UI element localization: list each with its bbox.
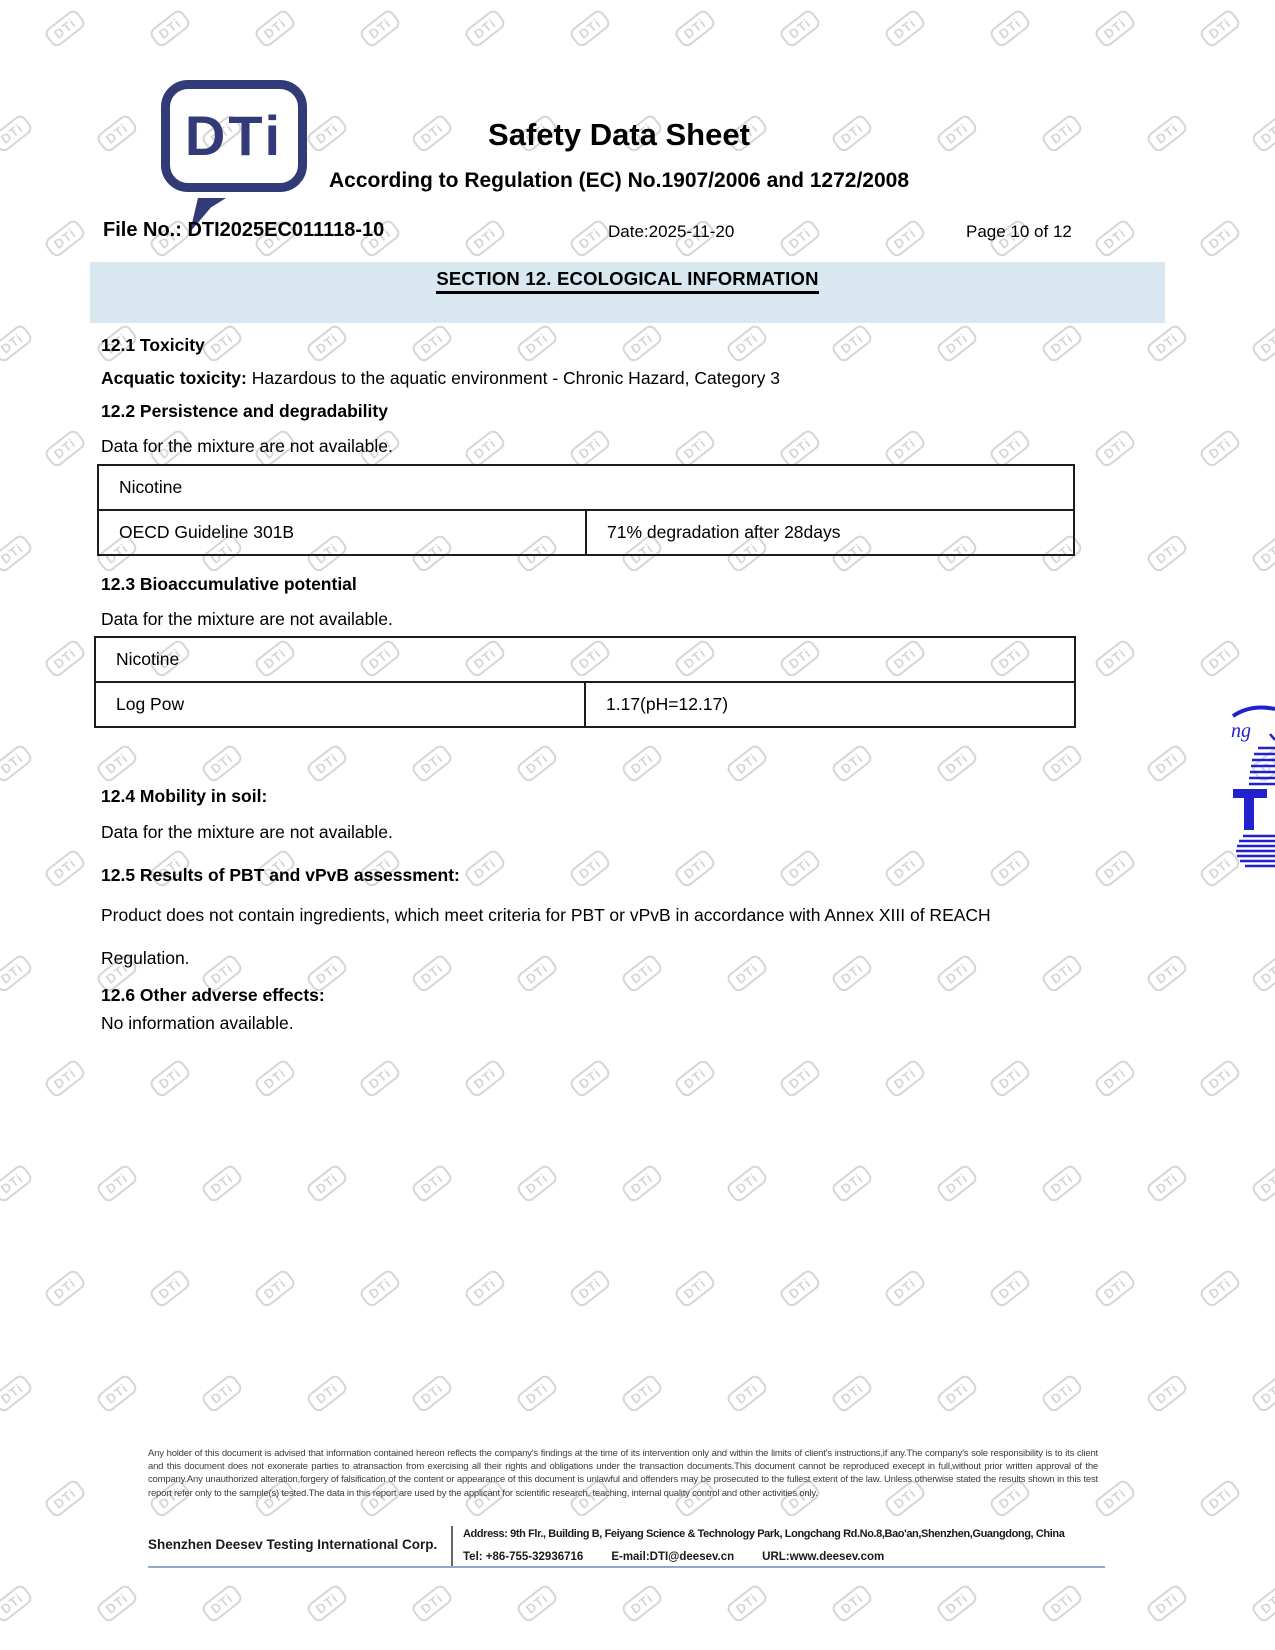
dti-watermark: DTi: [725, 1373, 769, 1414]
dti-watermark: DTi: [0, 113, 34, 154]
dti-watermark: DTi: [620, 1583, 664, 1624]
dti-watermark: DTi: [43, 638, 87, 679]
dti-watermark: DTi: [95, 1373, 139, 1414]
dti-watermark: DTi: [1093, 1058, 1137, 1099]
dti-watermark: DTi: [0, 533, 34, 574]
dti-watermark: DTi: [95, 1163, 139, 1204]
dti-watermark: DTi: [1145, 1373, 1189, 1414]
footer-company-name: Shenzhen Deesev Testing International Co…: [148, 1537, 437, 1552]
dti-watermark: DTi: [43, 1268, 87, 1309]
table-cell-method: Log Pow: [95, 682, 585, 727]
note-12-3: Data for the mixture are not available.: [101, 609, 393, 630]
dti-watermark: DTi: [410, 743, 454, 784]
dti-watermark: DTi: [358, 1268, 402, 1309]
dti-watermark: DTi: [305, 1583, 349, 1624]
dti-watermark: DTi: [1198, 1268, 1242, 1309]
dti-watermark: DTi: [673, 848, 717, 889]
dti-watermark: DTi: [935, 743, 979, 784]
seal-arc: [1233, 708, 1275, 716]
dti-watermark: DTi: [673, 1268, 717, 1309]
note-12-4: Data for the mixture are not available.: [101, 822, 393, 843]
seal-letter-t: [1233, 789, 1267, 830]
dti-watermark: DTi: [200, 1163, 244, 1204]
footer-tel: Tel: +86-755-32936716: [463, 1551, 583, 1563]
dti-watermark: DTi: [620, 743, 664, 784]
dti-watermark: DTi: [725, 953, 769, 994]
table-row: Log Pow 1.17(pH=12.17): [95, 682, 1075, 727]
sds-page: DTiDTiDTiDTiDTiDTiDTiDTiDTiDTiDTiDTiDTiD…: [0, 0, 1275, 1650]
dti-watermark: DTi: [95, 743, 139, 784]
dti-watermark: DTi: [673, 428, 717, 469]
dti-watermark: DTi: [1093, 1478, 1137, 1519]
dti-watermark: DTi: [830, 1373, 874, 1414]
dti-watermark: DTi: [148, 1058, 192, 1099]
table-row: Nicotine: [95, 637, 1075, 682]
dti-watermark: DTi: [620, 1163, 664, 1204]
heading-12-4: 12.4 Mobility in soil:: [101, 786, 267, 807]
document-date: Date:2025-11-20: [608, 222, 734, 242]
dti-watermark: DTi: [1093, 428, 1137, 469]
dti-watermark: DTi: [1198, 8, 1242, 49]
table-cell-method: OECD Guideline 301B: [98, 510, 586, 555]
heading-12-1: 12.1 Toxicity: [101, 335, 205, 356]
dti-watermark: DTi: [358, 1058, 402, 1099]
dti-watermark: DTi: [830, 953, 874, 994]
footer-address: Address: 9th Flr., Building B, Feiyang S…: [463, 1528, 1064, 1540]
dti-watermark: DTi: [95, 1583, 139, 1624]
dti-watermark: DTi: [1093, 638, 1137, 679]
dti-watermark: DTi: [1093, 8, 1137, 49]
table-row: OECD Guideline 301B 71% degradation afte…: [98, 510, 1074, 555]
footer-url: URL:www.deesev.com: [762, 1551, 884, 1563]
dti-watermark: DTi: [148, 1268, 192, 1309]
dti-watermark: DTi: [1250, 1163, 1275, 1204]
dti-watermark: DTi: [1145, 1163, 1189, 1204]
dti-watermark: DTi: [200, 1373, 244, 1414]
paragraph-12-5-line1: Product does not contain ingredients, wh…: [101, 905, 991, 926]
dti-watermark: DTi: [673, 8, 717, 49]
heading-12-2: 12.2 Persistence and degradability: [101, 401, 388, 422]
note-12-2: Data for the mixture are not available.: [101, 436, 393, 457]
dti-watermark: DTi: [830, 323, 874, 364]
footer-horizontal-rule: [148, 1566, 1105, 1568]
dti-watermark: DTi: [463, 218, 507, 259]
dti-watermark: DTi: [883, 218, 927, 259]
dti-watermark: DTi: [778, 1058, 822, 1099]
dti-watermark: DTi: [43, 428, 87, 469]
aquatic-toxicity-line: Acquatic toxicity: Hazardous to the aqua…: [101, 368, 780, 389]
dti-watermark: DTi: [463, 1268, 507, 1309]
dti-watermark: DTi: [1040, 323, 1084, 364]
dti-watermark: DTi: [1198, 1058, 1242, 1099]
dti-watermark: DTi: [883, 428, 927, 469]
dti-watermark: DTi: [305, 1163, 349, 1204]
footer-vertical-divider: [451, 1526, 453, 1566]
dti-watermark: DTi: [988, 1268, 1032, 1309]
dti-watermark: DTi: [43, 848, 87, 889]
table-cell-result: 71% degradation after 28days: [586, 510, 1074, 555]
dti-watermark: DTi: [253, 1268, 297, 1309]
dti-watermark: DTi: [830, 1163, 874, 1204]
dti-watermark: DTi: [0, 953, 34, 994]
dti-watermark: DTi: [305, 1373, 349, 1414]
dti-watermark: DTi: [568, 428, 612, 469]
dti-watermark: DTi: [0, 323, 34, 364]
dti-watermark: DTi: [463, 8, 507, 49]
dti-watermark: DTi: [43, 218, 87, 259]
dti-watermark: DTi: [305, 323, 349, 364]
dti-watermark: DTi: [253, 1058, 297, 1099]
dti-watermark: DTi: [568, 218, 612, 259]
dti-watermark: DTi: [1250, 323, 1275, 364]
dti-watermark: DTi: [1145, 323, 1189, 364]
dti-watermark: DTi: [1093, 1268, 1137, 1309]
dti-watermark: DTi: [883, 1058, 927, 1099]
dti-watermark: DTi: [620, 1373, 664, 1414]
dti-watermark: DTi: [515, 1583, 559, 1624]
dti-watermark: DTi: [1040, 1373, 1084, 1414]
note-12-6: No information available.: [101, 1013, 294, 1034]
dti-watermark: DTi: [935, 1163, 979, 1204]
persistence-table: Nicotine OECD Guideline 301B 71% degrada…: [97, 464, 1075, 556]
dti-watermark: DTi: [305, 743, 349, 784]
dti-watermark: DTi: [620, 953, 664, 994]
dti-watermark: DTi: [410, 1583, 454, 1624]
dti-watermark: DTi: [1093, 848, 1137, 889]
dti-watermark: DTi: [620, 323, 664, 364]
dti-watermark: DTi: [515, 953, 559, 994]
dti-watermark: DTi: [830, 743, 874, 784]
dti-watermark: DTi: [778, 8, 822, 49]
paragraph-12-5-line2: Regulation.: [101, 948, 190, 969]
heading-12-3: 12.3 Bioaccumulative potential: [101, 574, 357, 595]
dti-watermark: DTi: [568, 8, 612, 49]
dti-watermark: DTi: [1250, 533, 1275, 574]
heading-12-5: 12.5 Results of PBT and vPvB assessment:: [101, 865, 460, 886]
table-cell-result: 1.17(pH=12.17): [585, 682, 1075, 727]
dti-watermark: DTi: [988, 428, 1032, 469]
aquatic-toxicity-value: Hazardous to the aquatic environment - C…: [247, 368, 780, 388]
dti-watermark: DTi: [778, 1268, 822, 1309]
footer-contact-row: Tel: +86-755-32936716E-mail:DTI@deesev.c…: [463, 1551, 912, 1563]
dti-watermark: DTi: [568, 1268, 612, 1309]
dti-watermark: DTi: [988, 8, 1032, 49]
dti-watermark: DTi: [43, 8, 87, 49]
dti-watermark: DTi: [883, 848, 927, 889]
dti-watermark: DTi: [200, 323, 244, 364]
heading-12-6: 12.6 Other adverse effects:: [101, 985, 325, 1006]
dti-watermark: DTi: [410, 1373, 454, 1414]
table-row: Nicotine: [98, 465, 1074, 510]
dti-watermark: DTi: [1145, 1583, 1189, 1624]
dti-watermark: DTi: [778, 428, 822, 469]
dti-watermark: DTi: [463, 1058, 507, 1099]
dti-watermark: DTi: [1250, 1583, 1275, 1624]
dti-watermark: DTi: [410, 323, 454, 364]
dti-watermark: DTi: [568, 1058, 612, 1099]
dti-watermark: DTi: [1093, 218, 1137, 259]
seal-stripes-bottom: [1236, 836, 1275, 866]
dti-watermark: DTi: [200, 1583, 244, 1624]
dti-watermark: DTi: [935, 953, 979, 994]
dti-watermark: DTi: [1198, 218, 1242, 259]
footer-disclaimer: Any holder of this document is advised t…: [148, 1447, 1098, 1500]
dti-watermark: DTi: [1250, 953, 1275, 994]
dti-watermark: DTi: [1040, 1163, 1084, 1204]
dti-watermark: DTi: [1250, 113, 1275, 154]
dti-watermark: DTi: [43, 1058, 87, 1099]
dti-watermark: DTi: [1145, 953, 1189, 994]
page-number: Page 10 of 12: [966, 222, 1072, 242]
dti-watermark: DTi: [778, 848, 822, 889]
dti-watermark: DTi: [515, 1373, 559, 1414]
table-header-cell: Nicotine: [98, 465, 1074, 510]
seal-stripes-top: [1249, 748, 1275, 784]
dti-watermark: DTi: [1198, 1478, 1242, 1519]
seal-arc-text: ng: [1231, 720, 1251, 742]
dti-watermark: DTi: [725, 1163, 769, 1204]
dti-watermark: DTi: [200, 743, 244, 784]
seal-arc-tick: [1270, 734, 1275, 740]
section-banner: SECTION 12. ECOLOGICAL INFORMATION: [90, 262, 1165, 323]
dti-watermark: DTi: [43, 1478, 87, 1519]
dti-watermark: DTi: [1145, 743, 1189, 784]
dti-watermark: DTi: [778, 218, 822, 259]
dti-watermark: DTi: [515, 323, 559, 364]
dti-watermark: DTi: [0, 1373, 34, 1414]
table-header-cell: Nicotine: [95, 637, 1075, 682]
dti-watermark: DTi: [935, 1583, 979, 1624]
dti-watermark: DTi: [1198, 428, 1242, 469]
dti-watermark: DTi: [358, 8, 402, 49]
aquatic-toxicity-label: Acquatic toxicity:: [101, 368, 247, 388]
dti-watermark: DTi: [515, 743, 559, 784]
dti-watermark: DTi: [253, 8, 297, 49]
dti-watermark: DTi: [935, 1373, 979, 1414]
dti-watermark: DTi: [410, 953, 454, 994]
dti-watermark: DTi: [935, 323, 979, 364]
dti-watermark: DTi: [1145, 113, 1189, 154]
dti-watermark: DTi: [883, 1268, 927, 1309]
document-title: Safety Data Sheet: [90, 117, 1148, 153]
dti-watermark: DTi: [515, 1163, 559, 1204]
dti-watermark: DTi: [1198, 638, 1242, 679]
dti-watermark: DTi: [883, 8, 927, 49]
dti-watermark: DTi: [0, 743, 34, 784]
dti-watermark: DTi: [988, 1058, 1032, 1099]
dti-watermark: DTi: [1145, 533, 1189, 574]
document-subtitle: According to Regulation (EC) No.1907/200…: [90, 169, 1148, 193]
dti-watermark: DTi: [410, 1163, 454, 1204]
dti-watermark: DTi: [988, 848, 1032, 889]
dti-watermark: DTi: [1250, 1373, 1275, 1414]
bioaccumulation-table: Nicotine Log Pow 1.17(pH=12.17): [94, 636, 1076, 728]
dti-watermark: DTi: [1040, 743, 1084, 784]
file-number: File No.: DTI2025EC011118-10: [103, 219, 384, 242]
dti-watermark: DTi: [725, 743, 769, 784]
dti-watermark: DTi: [673, 1058, 717, 1099]
dti-watermark: DTi: [148, 8, 192, 49]
dti-watermark: DTi: [0, 1163, 34, 1204]
dti-watermark: DTi: [830, 1583, 874, 1624]
dti-watermark: DTi: [0, 1583, 34, 1624]
dti-watermark: DTi: [463, 428, 507, 469]
dti-watermark: DTi: [568, 848, 612, 889]
dti-seal-partial: ng: [1225, 700, 1275, 870]
section-banner-title: SECTION 12. ECOLOGICAL INFORMATION: [436, 268, 818, 294]
dti-watermark: DTi: [725, 1583, 769, 1624]
dti-watermark: DTi: [463, 848, 507, 889]
dti-watermark: DTi: [1040, 953, 1084, 994]
footer-email: E-mail:DTI@deesev.cn: [611, 1551, 734, 1563]
dti-watermark: DTi: [1040, 1583, 1084, 1624]
dti-watermark: DTi: [725, 323, 769, 364]
